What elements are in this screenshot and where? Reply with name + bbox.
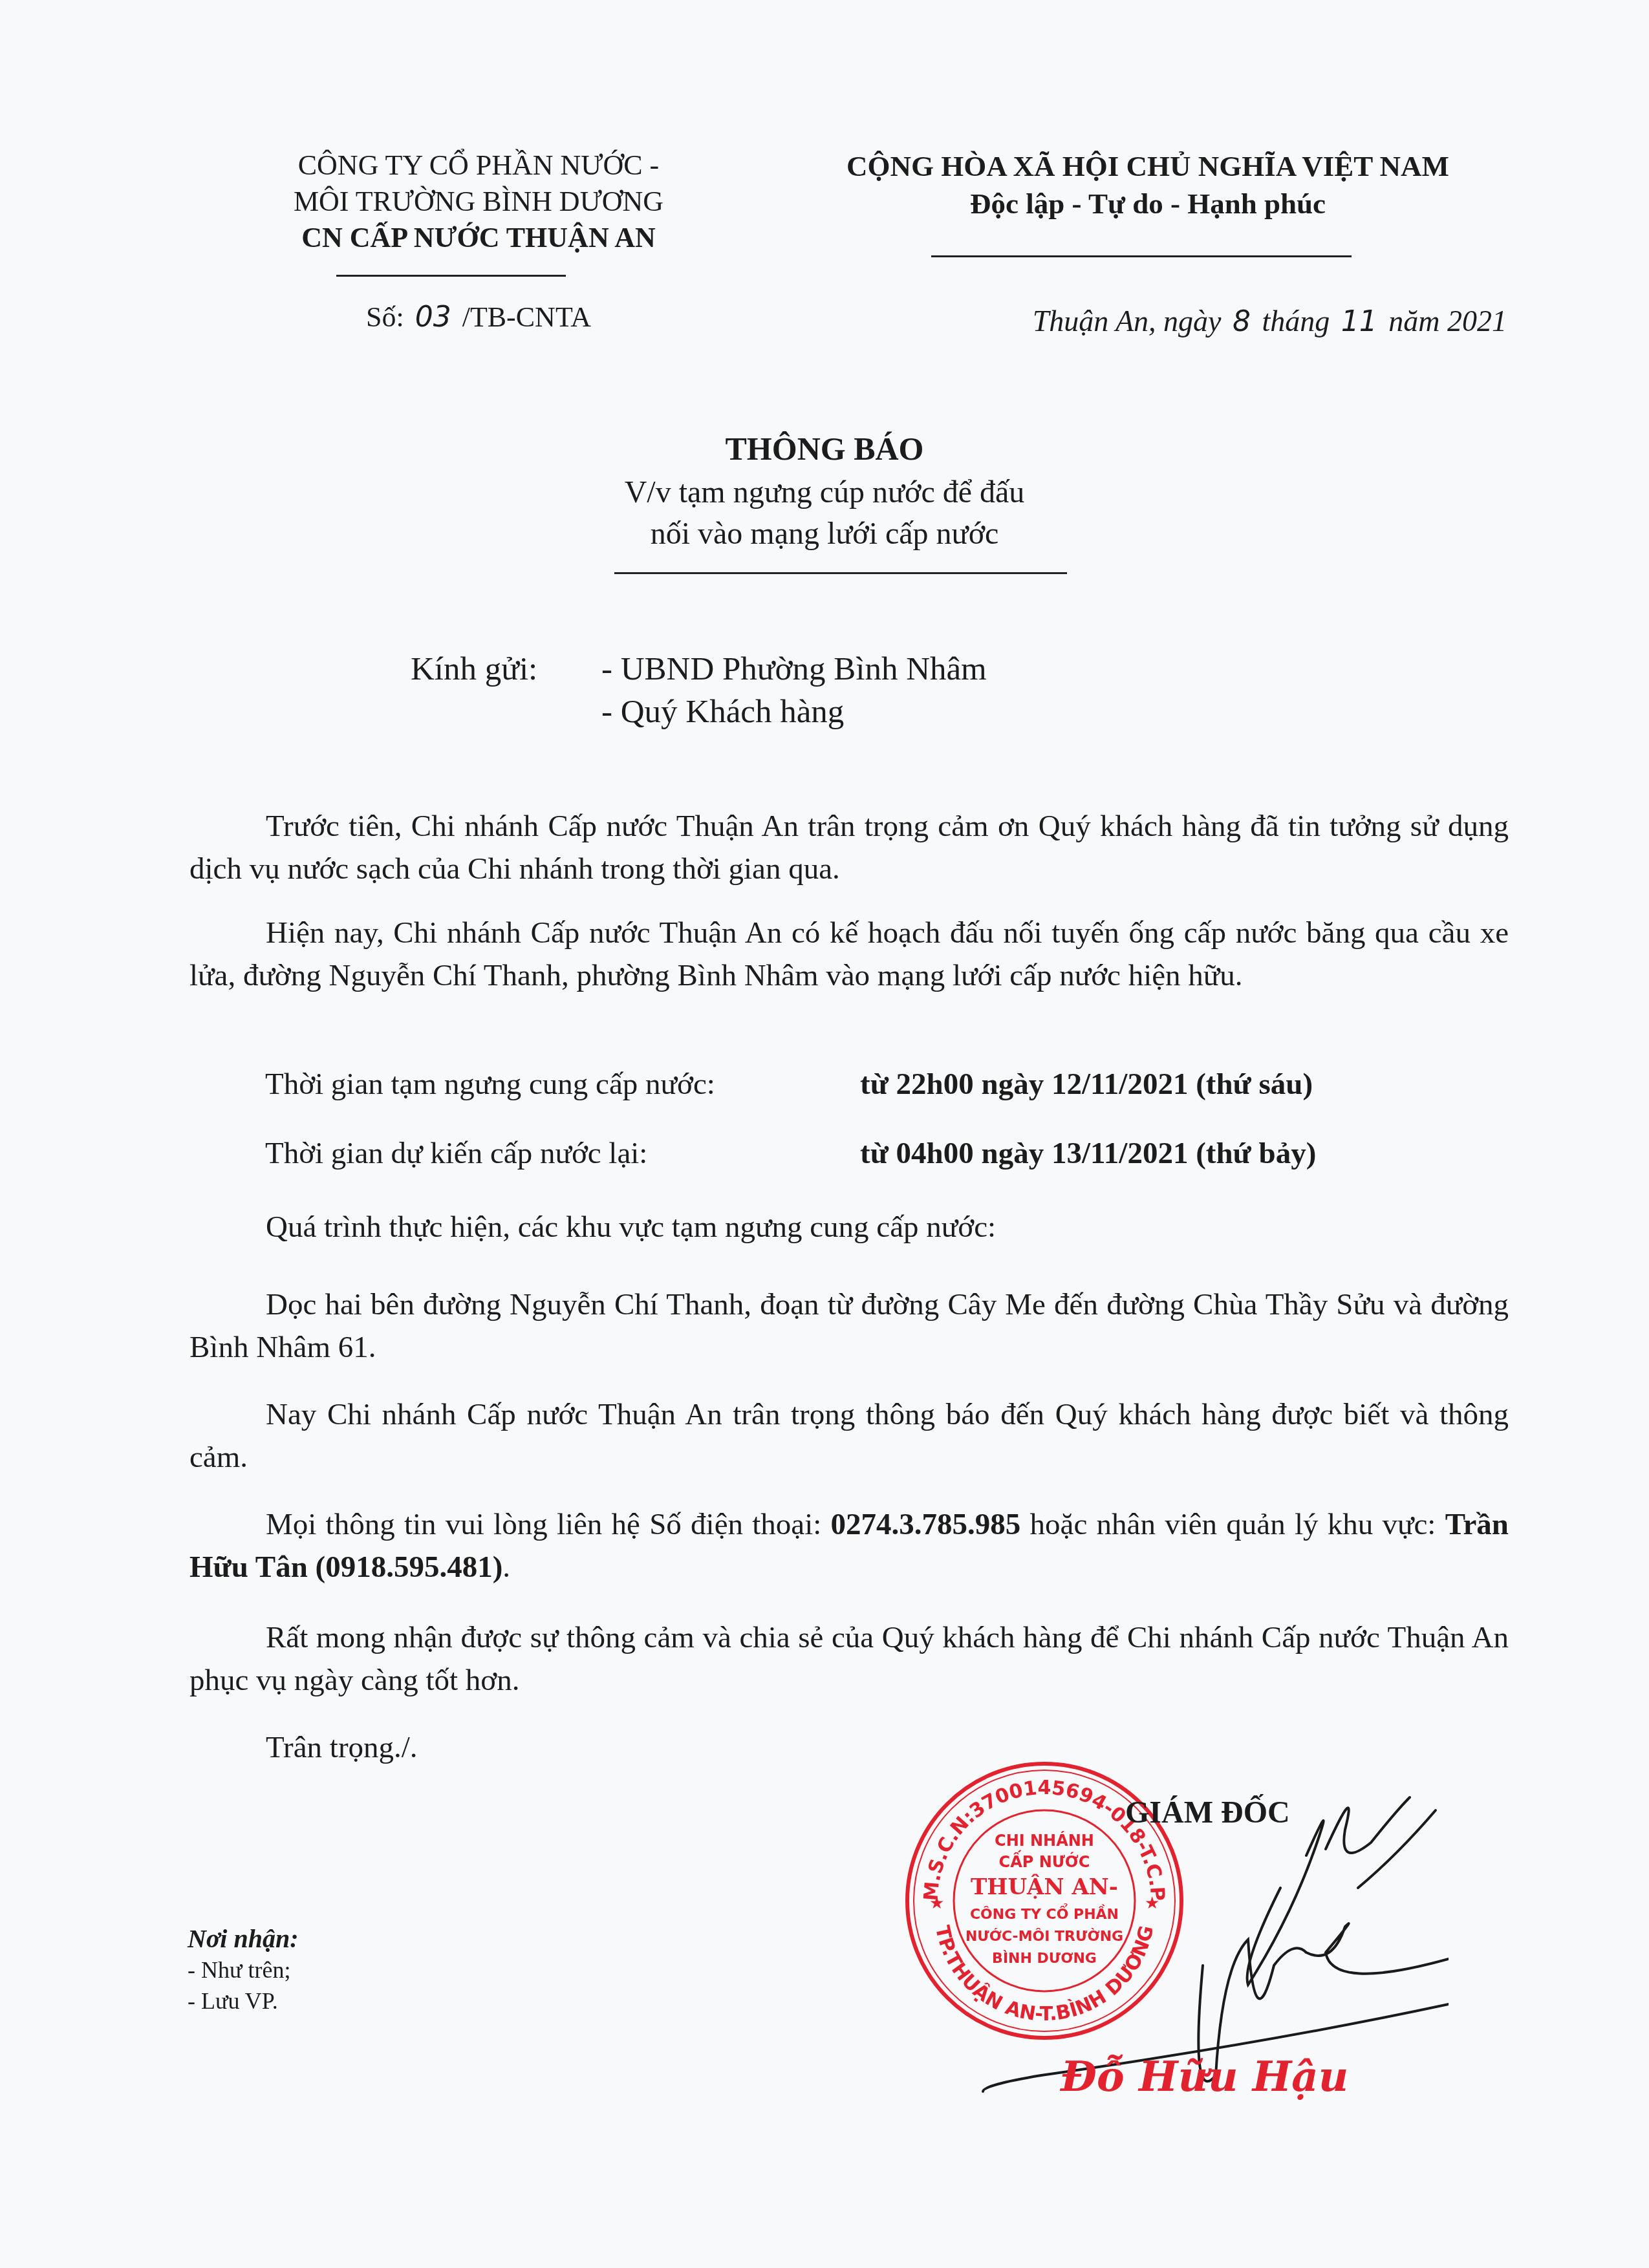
- org-line-2: MÔI TRƯỜNG BÌNH DƯƠNG: [233, 184, 724, 220]
- national-motto: CỘNG HÒA XÃ HỘI CHỦ NGHĨA VIỆT NAM Độc l…: [789, 147, 1507, 222]
- paragraph-text: Nay Chi nhánh Cấp nước Thuận An trân trọ…: [189, 1393, 1509, 1479]
- paragraph-text: Mọi thông tin vui lòng liên hệ Số điện t…: [189, 1503, 1509, 1589]
- org-underline: [336, 275, 566, 277]
- subject-underline: [614, 572, 1067, 574]
- paragraph-7: Rất mong nhận được sự thông cảm và chia …: [189, 1616, 1509, 1702]
- document-number: Số: 03 /TB-CNTA: [233, 301, 724, 334]
- closing-text: Trân trọng./.: [189, 1726, 1509, 1769]
- contact-text: Mọi thông tin vui lòng liên hệ Số điện t…: [266, 1508, 831, 1541]
- addressee-item: - Quý Khách hàng: [411, 690, 987, 733]
- schedule-label: Thời gian tạm ngưng cung cấp nước:: [265, 1067, 860, 1102]
- date-day: 8: [1229, 305, 1255, 338]
- distribution-item: - Như trên;: [188, 1954, 299, 1985]
- date-year: năm 2021: [1388, 305, 1507, 337]
- doc-number-handwritten: 03: [411, 301, 455, 334]
- paragraph-1: Trước tiên, Chi nhánh Cấp nước Thuận An …: [189, 805, 1509, 890]
- org-line-3: CN CẤP NƯỚC THUẬN AN: [233, 220, 724, 256]
- doc-number-prefix: Số:: [366, 301, 404, 333]
- distribution-heading: Nơi nhận:: [188, 1923, 299, 1954]
- subject-line-1: V/v tạm ngưng cúp nước để đấu: [453, 472, 1196, 513]
- paragraph-6: Mọi thông tin vui lòng liên hệ Số điện t…: [189, 1503, 1509, 1589]
- distribution-list: Nơi nhận: - Như trên; - Lưu VP.: [188, 1923, 299, 2017]
- hotline-number: 0274.3.785.985: [831, 1508, 1021, 1541]
- closing: Trân trọng./.: [189, 1726, 1509, 1769]
- nation-line-2: Độc lập - Tự do - Hạnh phúc: [789, 185, 1507, 222]
- issuing-organization: CÔNG TY CỔ PHẦN NƯỚC - MÔI TRƯỜNG BÌNH D…: [233, 147, 724, 256]
- schedule-value: từ 04h00 ngày 13/11/2021 (thứ bảy): [860, 1137, 1316, 1170]
- paragraph-2: Hiện nay, Chi nhánh Cấp nước Thuận An có…: [189, 912, 1509, 997]
- schedule-row-resume: Thời gian dự kiến cấp nước lại:từ 04h00 …: [265, 1136, 1316, 1171]
- distribution-item: - Lưu VP.: [188, 1985, 299, 2017]
- contact-text: .: [502, 1550, 510, 1584]
- paragraph-text: Rất mong nhận được sự thông cảm và chia …: [189, 1616, 1509, 1702]
- document-title: THÔNG BÁO: [453, 430, 1196, 467]
- nation-line-1: CỘNG HÒA XÃ HỘI CHỦ NGHĨA VIỆT NAM: [789, 147, 1507, 185]
- schedule-value: từ 22h00 ngày 12/11/2021 (thứ sáu): [860, 1067, 1313, 1101]
- addressee-label: Kính gửi:: [411, 648, 601, 690]
- subject-line-2: nối vào mạng lưới cấp nước: [453, 513, 1196, 555]
- paragraph-3: Quá trình thực hiện, các khu vực tạm ngư…: [189, 1206, 1509, 1248]
- date-place: Thuận An, ngày: [1033, 305, 1222, 337]
- org-line-1: CÔNG TY CỔ PHẦN NƯỚC -: [233, 147, 724, 184]
- paragraph-text: Quá trình thực hiện, các khu vực tạm ngư…: [189, 1206, 1509, 1248]
- schedule-label: Thời gian dự kiến cấp nước lại:: [265, 1136, 860, 1171]
- date-month-label: tháng: [1262, 305, 1330, 337]
- issue-date: Thuận An, ngày 8 tháng 11 năm 2021: [789, 304, 1507, 338]
- schedule-row-suspend: Thời gian tạm ngưng cung cấp nước:từ 22h…: [265, 1067, 1313, 1102]
- doc-number-suffix: /TB-CNTA: [462, 301, 591, 333]
- paragraph-text: Hiện nay, Chi nhánh Cấp nước Thuận An có…: [189, 912, 1509, 997]
- contact-text: hoặc nhân viên quản lý khu vực:: [1020, 1508, 1445, 1541]
- paragraph-text: Trước tiên, Chi nhánh Cấp nước Thuận An …: [189, 805, 1509, 890]
- date-month: 11: [1337, 305, 1381, 338]
- addressee-item: - UBND Phường Bình Nhâm: [601, 651, 987, 687]
- motto-underline: [931, 255, 1352, 257]
- svg-text:★: ★: [929, 1894, 944, 1913]
- paragraph-4: Dọc hai bên đường Nguyễn Chí Thanh, đoạn…: [189, 1283, 1509, 1369]
- document-subject: V/v tạm ngưng cúp nước để đấu nối vào mạ…: [453, 472, 1196, 555]
- addressees: Kính gửi:- UBND Phường Bình Nhâm - Quý K…: [411, 648, 987, 733]
- paragraph-text: Dọc hai bên đường Nguyễn Chí Thanh, đoạn…: [189, 1283, 1509, 1369]
- paragraph-5: Nay Chi nhánh Cấp nước Thuận An trân trọ…: [189, 1393, 1509, 1479]
- signatory-name: Đỗ Hữu Hậu: [1061, 2053, 1348, 2101]
